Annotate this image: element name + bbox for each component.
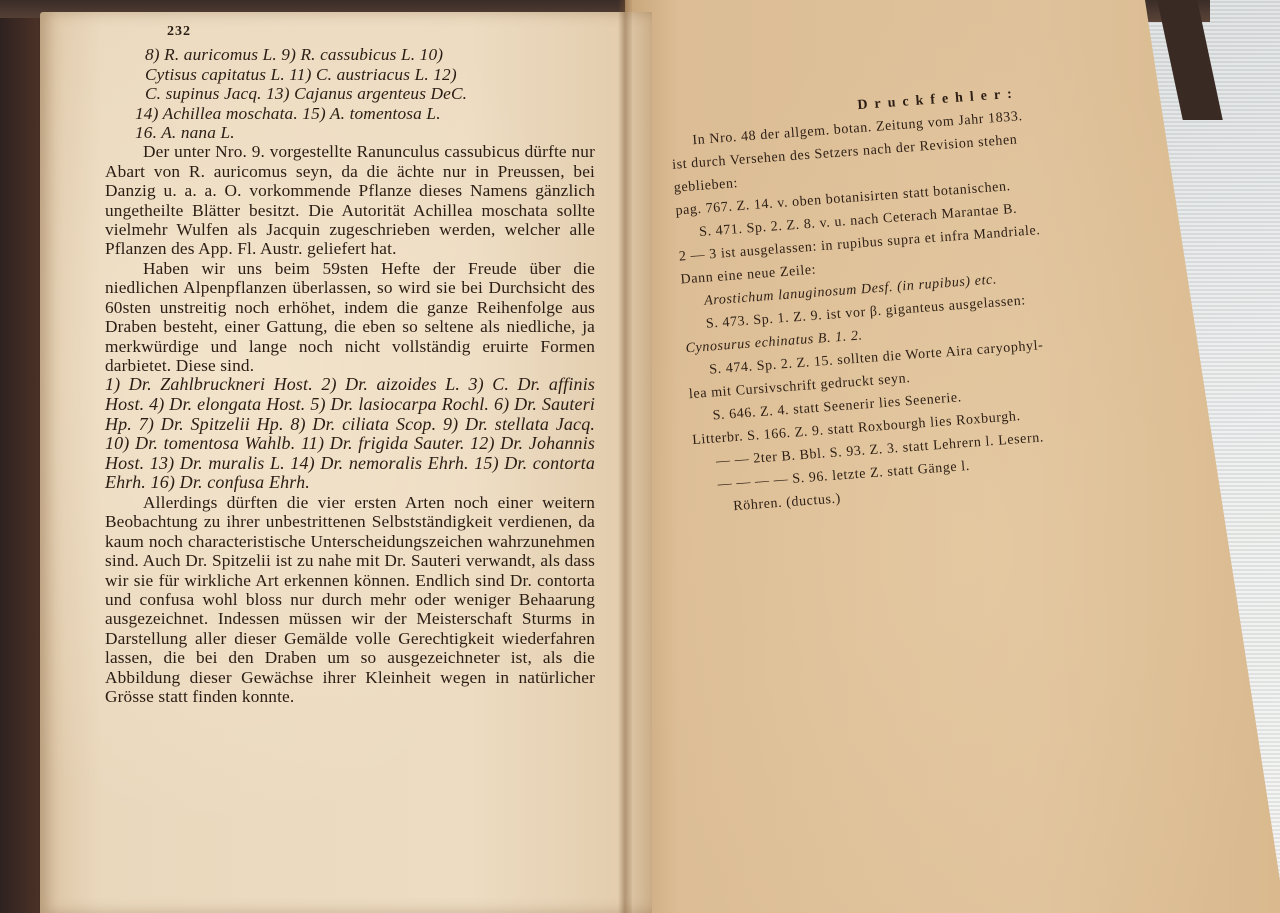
species-line: 16. A. nana L. (135, 123, 595, 142)
draba-species-list: 1) Dr. Zahlbruckneri Host. 2) Dr. aizoid… (105, 375, 595, 493)
paragraph-ranunculus: Der unter Nro. 9. vorgestellte Ranunculu… (105, 142, 595, 258)
species-line: 14) Achillea moschata. 15) A. tomentosa … (135, 104, 595, 123)
errata-section: Druckfehler: In Nro. 48 der allgem. bota… (668, 74, 1167, 521)
species-line: 8) R. auricomus L. 9) R. cassubicus L. 1… (145, 45, 595, 64)
paragraph-assessment: Allerdings dürften die vier ersten Arten… (105, 493, 595, 706)
page-number: 232 (167, 22, 595, 41)
species-list-intro: 8) R. auricomus L. 9) R. cassubicus L. 1… (105, 45, 595, 142)
paragraph-draben-intro: Haben wir uns beim 59sten Hefte der Freu… (105, 259, 595, 375)
book-gutter (618, 0, 632, 913)
species-line: C. supinus Jacq. 13) Cajanus argenteus D… (145, 84, 595, 103)
species-line: Cytisus capitatus L. 11) C. austriacus L… (145, 65, 595, 84)
left-page-text: 232 8) R. auricomus L. 9) R. cassubicus … (105, 22, 595, 706)
